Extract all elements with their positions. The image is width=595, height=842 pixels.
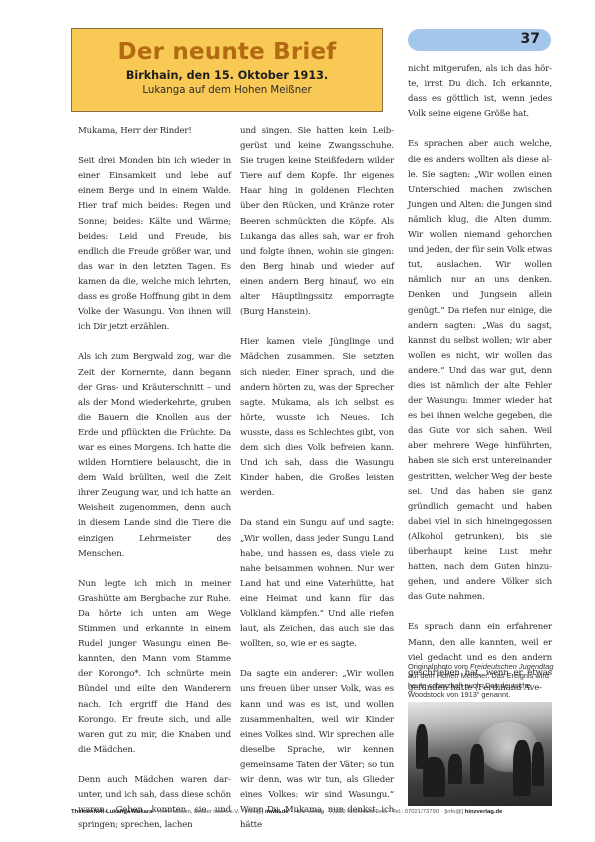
subline: Lukanga auf dem Hohen Meißner <box>72 84 382 97</box>
page-footer: Themenheft Lukanga Mukara · mehr wissen,… <box>71 809 555 815</box>
caption-italic: Freideutschen Jugend­tag <box>470 662 553 671</box>
person-figure <box>513 740 531 796</box>
person-figure <box>423 757 445 797</box>
footer-org-link[interactable]: mwbl.de <box>265 809 289 815</box>
title-box: Der neunte Brief Birkhain, den 15. Oktob… <box>71 28 383 112</box>
historic-photo <box>408 702 552 806</box>
paragraph: Als ich zum Bergwald zog, war die Zeit d… <box>78 350 231 561</box>
column-1: Mukama, Herr der Rinder! Seit drei Monde… <box>78 124 231 842</box>
caption-text: auf dem Hohen Meißner. Das Ereignis wird… <box>408 671 549 699</box>
paragraph: Es sprachen aber auch welche, die es and… <box>408 137 552 605</box>
footer-series: Themenheft Lukanga Mukara <box>71 809 153 815</box>
salutation: Mukama, Herr der Rinder! <box>78 124 231 139</box>
page-number-badge: 37 <box>408 29 551 51</box>
footer-publisher-link[interactable]: hinzverlag.de <box>465 809 503 815</box>
footer-publisher: · Hinz Verlag · 73230 Kirchheim/Teck · T… <box>289 809 465 815</box>
footer-org: · mehr wissen, besser leben e.V. · [info… <box>153 809 266 815</box>
page-number: 37 <box>521 31 540 47</box>
person-figure <box>448 754 462 784</box>
paragraph: Da stand ein Sungu auf und sag­te: „Wir … <box>240 516 394 652</box>
paragraph: Seit drei Monden bin ich wieder in einer… <box>78 154 231 335</box>
person-figure <box>470 744 484 784</box>
paragraph: und singen. Sie hatten kein Leib­gerüst … <box>240 124 394 320</box>
paragraph: Nun legte ich mich in meiner Grashütte a… <box>78 577 231 758</box>
column-3: nicht mitgerufen, als ich das hör­te, ir… <box>408 62 552 711</box>
paragraph: Hier kamen viele Jünglinge und Mädchen z… <box>240 335 394 501</box>
person-figure <box>532 742 544 786</box>
caption-text: Originalphoto vom <box>408 662 470 671</box>
letter-title: Der neunte Brief <box>72 39 382 65</box>
photo-caption: Originalphoto vom Freideutschen Jugend­t… <box>408 662 554 700</box>
dateline: Birkhain, den 15. Oktober 1913. <box>72 69 382 83</box>
paragraph: nicht mitgerufen, als ich das hör­te, ir… <box>408 62 552 122</box>
column-2: und singen. Sie hatten kein Leib­gerüst … <box>240 124 394 842</box>
paragraph: Denn auch Mädchen waren dar­unter, und i… <box>78 773 231 833</box>
